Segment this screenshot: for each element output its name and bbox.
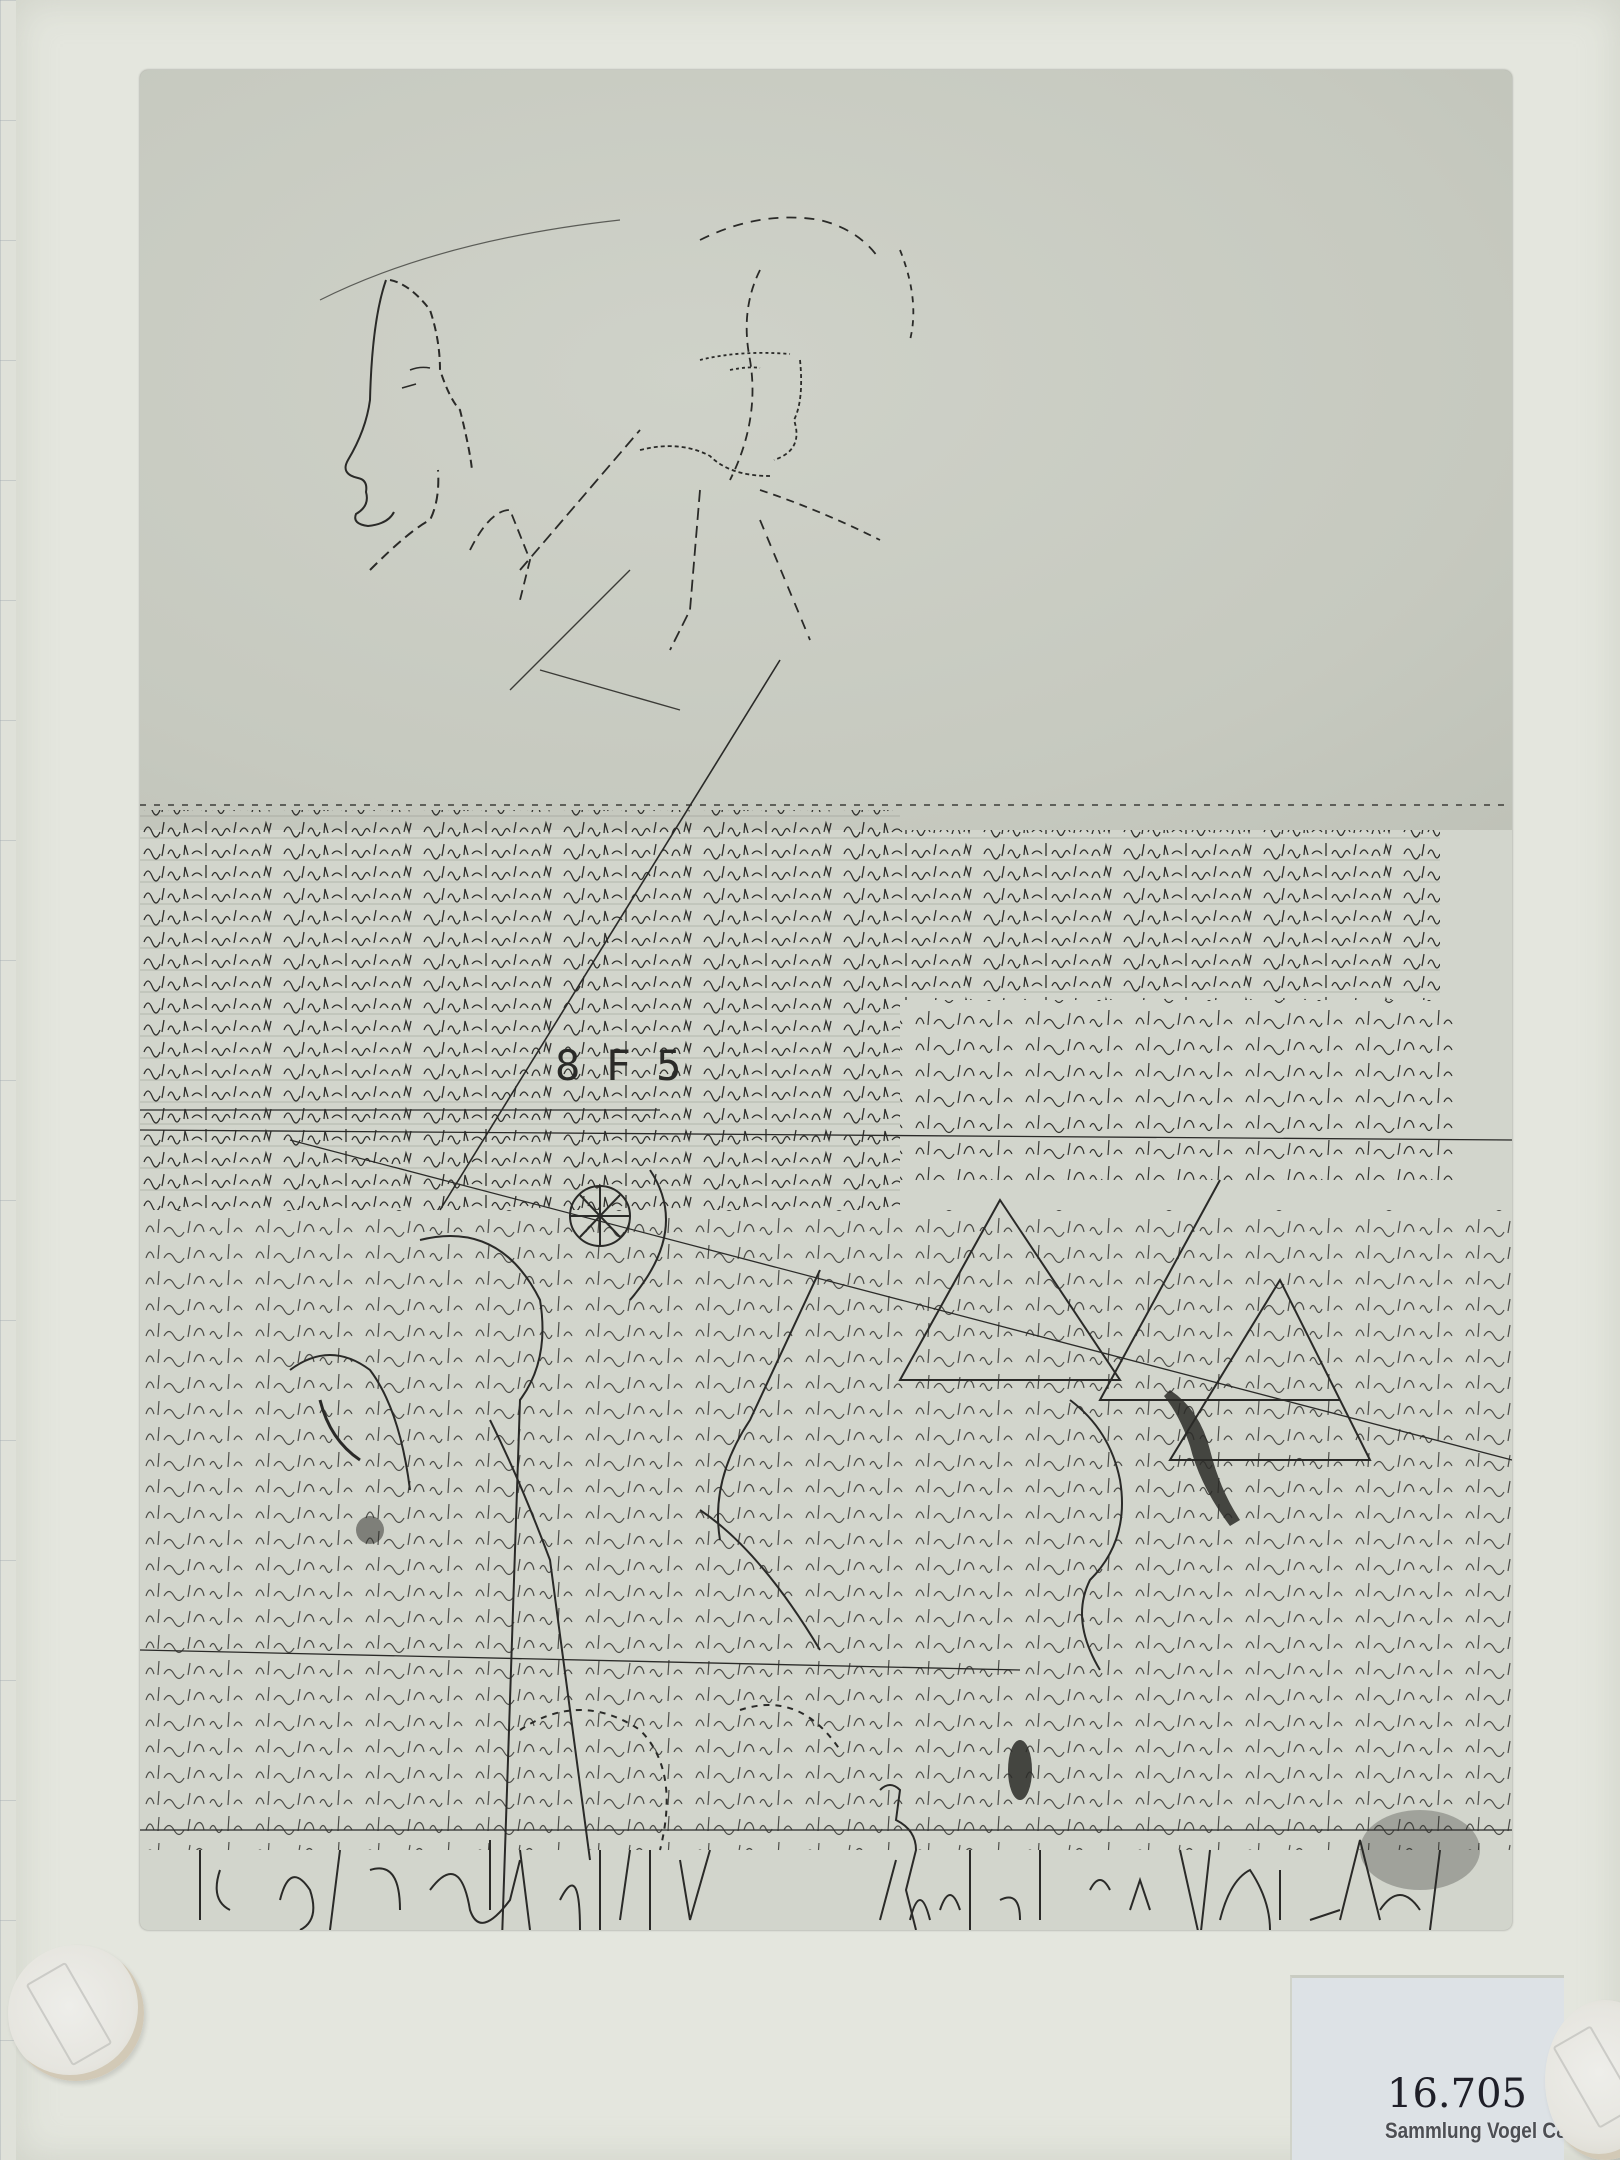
svg-text:8 F 5: 8 F 5: [555, 1041, 681, 1090]
mounting-disc-left: [8, 1945, 144, 2081]
signature-lettering: [200, 1840, 1440, 1930]
portrait-right-face: [470, 218, 913, 711]
portrait-left-profile: [320, 220, 620, 570]
etched-drawing: 8 F 5: [140, 70, 1512, 1930]
inventory-number: 16.705: [1387, 2074, 1527, 2114]
etching-plate: 8 F 5: [140, 70, 1512, 1930]
script-block-middle: [140, 1210, 1512, 1850]
script-block-upper: [140, 810, 900, 1210]
